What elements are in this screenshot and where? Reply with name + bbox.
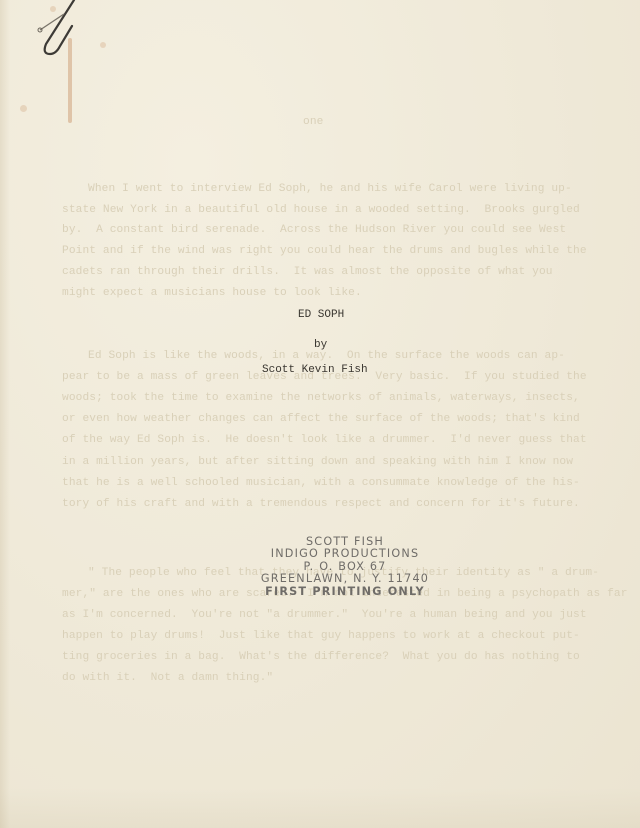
bleed-line: Point and if the wind was right you coul… bbox=[62, 245, 587, 257]
author-name: Scott Kevin Fish bbox=[262, 364, 368, 376]
bleed-through-text: one When I went to interview Ed Soph, he… bbox=[0, 0, 640, 828]
bleed-line: woods; took the time to examine the netw… bbox=[62, 392, 580, 404]
stamp-line: GREENLAWN, N. Y. 11740 bbox=[250, 573, 440, 585]
bleed-line: might expect a musicians house to look l… bbox=[62, 287, 362, 299]
byline: by bbox=[314, 339, 327, 351]
bleed-line: Ed Soph is like the woods, in a way. On … bbox=[88, 350, 565, 362]
stamp-line: INDIGO PRODUCTIONS bbox=[250, 548, 440, 560]
document-title: ED SOPH bbox=[298, 309, 344, 321]
bleed-line: or even how weather changes can affect t… bbox=[62, 413, 580, 425]
scanned-page: one When I went to interview Ed Soph, he… bbox=[0, 0, 640, 828]
bleed-line: cadets ran through their drills. It was … bbox=[62, 266, 553, 278]
stamp-line: FIRST PRINTING ONLY bbox=[250, 586, 440, 598]
bleed-page-number: one bbox=[303, 116, 323, 128]
bleed-line: happen to play drums! Just like that guy… bbox=[62, 630, 580, 642]
bleed-line: as I'm concerned. You're not "a drummer.… bbox=[62, 609, 587, 621]
bleed-line: When I went to interview Ed Soph, he and… bbox=[88, 183, 572, 195]
bleed-line: state New York in a beautiful old house … bbox=[62, 204, 580, 216]
bleed-line: by. A constant bird serenade. Across the… bbox=[62, 224, 566, 236]
publisher-stamp: SCOTT FISH INDIGO PRODUCTIONS P. O. BOX … bbox=[250, 536, 440, 598]
bleed-line: of the way Ed Soph is. He doesn't look l… bbox=[62, 434, 587, 446]
bleed-line: tory of his craft and with a tremendous … bbox=[62, 498, 580, 510]
bleed-line: ting groceries in a bag. What's the diff… bbox=[62, 651, 580, 663]
bleed-line: do with it. Not a damn thing." bbox=[62, 672, 273, 684]
bleed-line: in a million years, but after sitting do… bbox=[62, 456, 573, 468]
bleed-line: that he is a well schooled musician, wit… bbox=[62, 477, 580, 489]
